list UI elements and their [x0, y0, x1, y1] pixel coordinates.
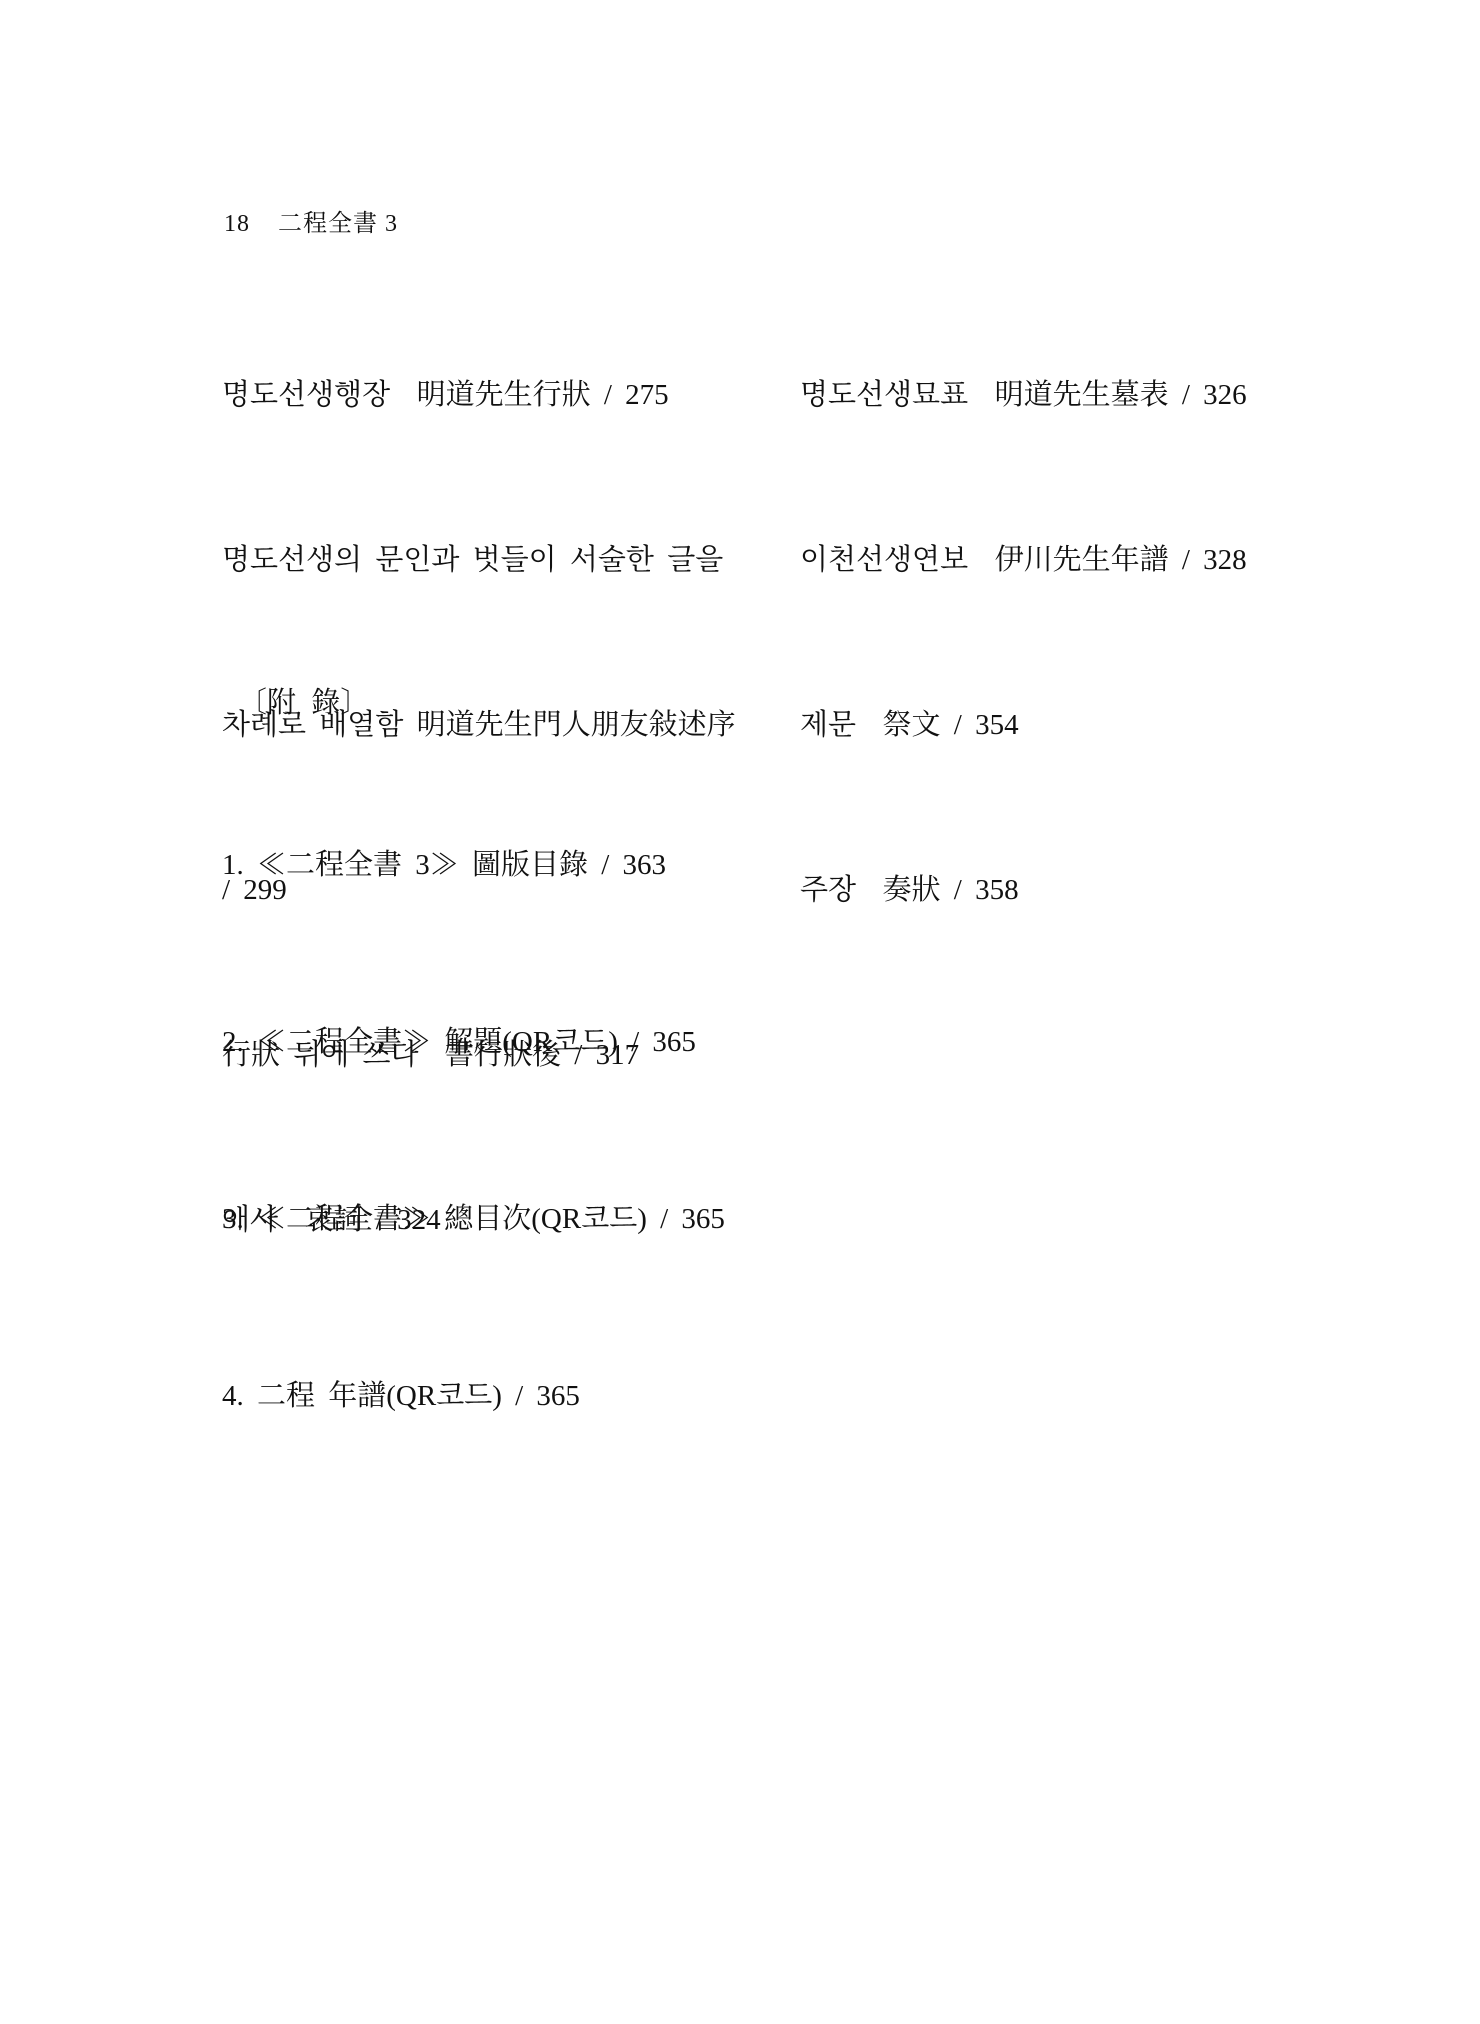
appendix-list: 1. ≪二程全書 3≫ 圖版目錄 / 363 2. ≪二程全書≫ 解題(QR코드…: [222, 718, 725, 1544]
document-page: 18二程全書 3 명도선생행장 明道先生行狀 / 275 명도선생의 문인과 벗…: [0, 0, 1480, 2024]
appendix-item: 4. 二程 年譜(QR코드) / 365: [222, 1367, 725, 1426]
toc-entry-line: 명도선생의 문인과 벗들이 서술한 글을: [222, 533, 792, 588]
book-title: 二程全書 3: [278, 211, 398, 237]
toc-entry-line: 제문 祭文 / 354: [800, 698, 1320, 753]
toc-right-column: 명도선생묘표 明道先生墓表 / 326 이천선생연보 伊川先生年譜 / 328 …: [800, 258, 1320, 1028]
appendix-section-label: 〔附 錄〕: [238, 680, 369, 721]
appendix-item: 1. ≪二程全書 3≫ 圖版目錄 / 363: [222, 836, 725, 895]
toc-entry-line: 주장 奏狀 / 358: [800, 863, 1320, 918]
toc-entry-line: 명도선생묘표 明道先生墓表 / 326: [800, 368, 1320, 423]
running-header: 18二程全書 3: [196, 176, 398, 265]
appendix-item: 2. ≪二程全書≫ 解題(QR코드) / 365: [222, 1013, 725, 1072]
page-number: 18: [224, 211, 250, 238]
toc-entry-line: 이천선생연보 伊川先生年譜 / 328: [800, 533, 1320, 588]
appendix-item: 3. ≪二程全書≫ 總目次(QR코드) / 365: [222, 1190, 725, 1249]
toc-entry-line: 명도선생행장 明道先生行狀 / 275: [222, 368, 792, 423]
